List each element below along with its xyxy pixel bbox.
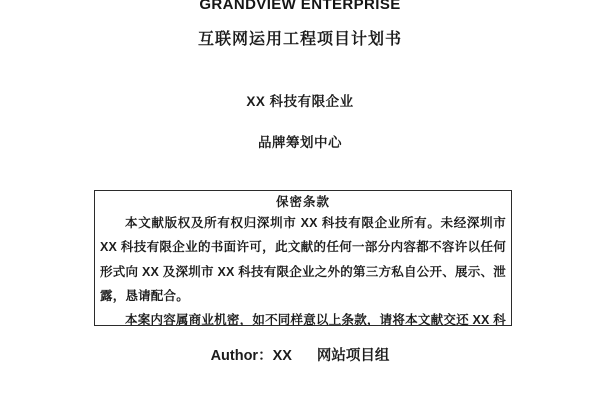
author-line: Author：XX网站项目组 [0,347,600,366]
confidentiality-text: 本文献版权及所有权归深圳市 XX 科技有限企业所有。未经深圳市 XX 科技有限企… [100,211,506,326]
company-name-english: GRANDVIEW ENTERPRISE [0,0,600,13]
confidentiality-heading: 保密条款 [100,194,506,210]
department-name: 品牌筹划中心 [0,135,600,151]
author-label: Author： [211,348,273,364]
confidentiality-paragraph-2: 本案内容属商业机密，如不同样意以上条款，请将本文献交还 XX 科技有限企业，敬请… [100,308,506,326]
author-team: 网站项目组 [317,348,390,364]
confidentiality-paragraph-1: 本文献版权及所有权归深圳市 XX 科技有限企业所有。未经深圳市 XX 科技有限企… [100,211,506,308]
author-value: XX [273,348,292,364]
company-name-chinese: XX 科技有限企业 [0,94,600,110]
document-title: 互联网运用工程项目计划书 [0,31,600,49]
confidentiality-box: 保密条款 本文献版权及所有权归深圳市 XX 科技有限企业所有。未经深圳市 XX … [94,190,512,326]
document-page: GRANDVIEW ENTERPRISE 互联网运用工程项目计划书 XX 科技有… [0,0,600,400]
